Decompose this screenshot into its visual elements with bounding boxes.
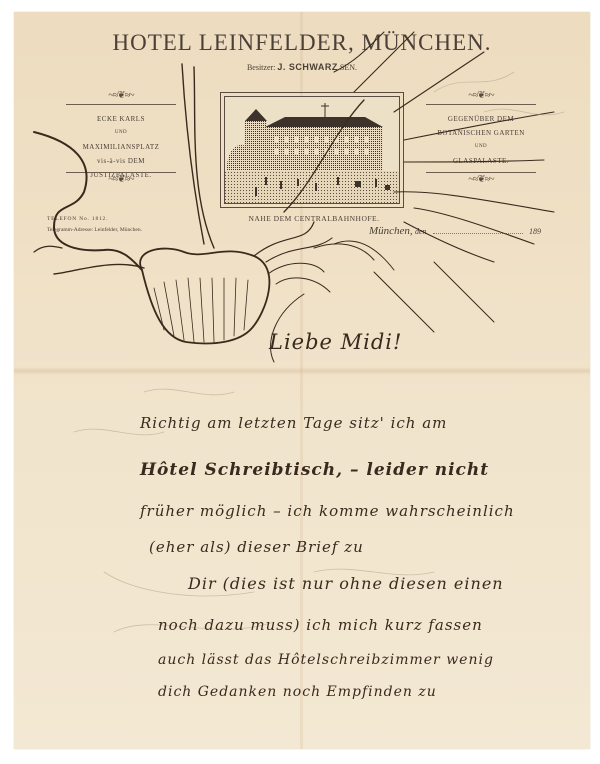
letter-paper: HOTEL LEINFELDER, MÜNCHEN. Besitzer: J. … <box>14 12 590 749</box>
letter-line: dich Gedanken noch Empfinden zu <box>158 684 437 700</box>
letter-line: Dir (dies ist nur ohne diesen einen <box>188 574 504 593</box>
letter-line: (eher als) dieser Brief zu <box>149 538 364 556</box>
salutation: Liebe Midi! <box>269 330 402 354</box>
letter-line: auch lässt das Hôtelschreibzimmer wenig <box>158 652 494 668</box>
letter-line: Hôtel Schreibtisch, – leider nicht <box>140 460 489 480</box>
letter-line: Richtig am letzten Tage sitz' ich am <box>140 414 447 432</box>
ink-drawing-winged-heart-icon <box>14 12 590 749</box>
letter-line: noch dazu muss) ich mich kurz fassen <box>158 616 483 634</box>
letter-line: früher möglich – ich komme wahrscheinlic… <box>140 502 515 520</box>
